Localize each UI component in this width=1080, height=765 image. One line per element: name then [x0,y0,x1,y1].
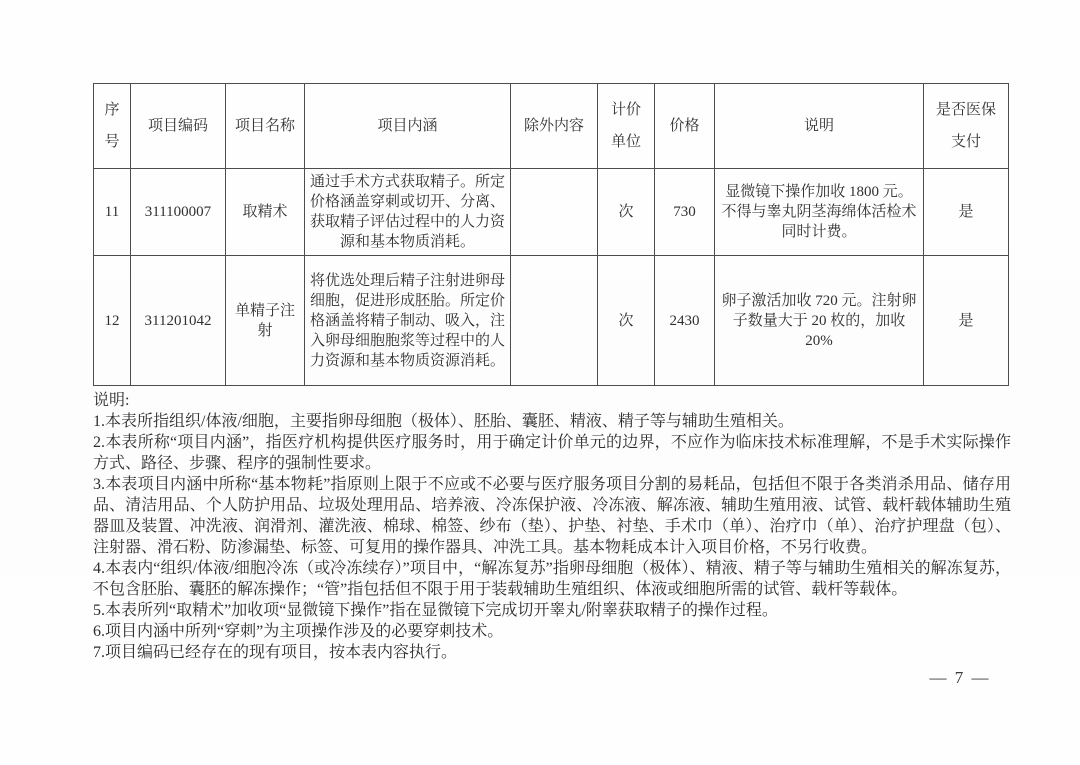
notes-title: 说明: [93,390,1011,411]
col-header-seq-line2: 号 [99,126,125,158]
col-header-name: 项目名称 [226,84,305,169]
col-header-exclusion-line1: 除外内容 [516,110,592,142]
col-header-insurance: 是否医保 支付 [924,84,1009,169]
cell-unit: 次 [598,169,655,256]
cell-insurance: 是 [924,256,1009,386]
col-header-seq-line1: 序 [99,94,125,126]
cell-seq: 12 [94,256,131,386]
col-header-seq: 序 号 [94,84,131,169]
col-header-note-line1: 说明 [720,110,918,142]
cell-code: 311201042 [131,256,226,386]
col-header-unit: 计价 单位 [598,84,655,169]
note-item-4: 4.本表内“组织/体液/细胞冷冻（或冷冻续存）”项目中，“解冻复苏”指卵母细胞（… [93,558,1011,600]
col-header-content-line1: 项目内涵 [310,110,505,142]
table-header-row: 序 号 项目编码 项目名称 项目内涵 除外内容 计价 单位 [94,84,1009,169]
note-item-5: 5.本表所列“取精术”加收项“显微镜下操作”指在显微镜下完成切开睾丸/附睾获取精… [93,600,1011,621]
cell-insurance: 是 [924,169,1009,256]
page-number: — 7 — [905,668,1015,688]
note-item-1: 1.本表所指组织/体液/细胞，主要指卵母细胞（极体）、胚胎、囊胚、精液、精子等与… [93,411,1011,432]
col-header-unit-line1: 计价 [603,94,649,126]
cell-unit: 次 [598,256,655,386]
cell-note: 卵子激活加收 720 元。注射卵子数量大于 20 枚的，加收 20% [715,256,924,386]
col-header-unit-line2: 单位 [603,126,649,158]
col-header-price: 价格 [655,84,715,169]
cell-code: 311100007 [131,169,226,256]
cell-price: 730 [655,169,715,256]
col-header-code: 项目编码 [131,84,226,169]
cell-name: 取精术 [226,169,305,256]
col-header-price-line1: 价格 [660,110,709,142]
cell-price: 2430 [655,256,715,386]
col-header-exclusion: 除外内容 [511,84,598,169]
col-header-content: 项目内涵 [305,84,511,169]
table-row-12: 12 311201042 单精子注射 将优选处理后精子注射进卵母细胞，促进形成胚… [94,256,1009,386]
medical-pricing-table: 序 号 项目编码 项目名称 项目内涵 除外内容 计价 单位 [93,83,1009,386]
table-row-11: 11 311100007 取精术 通过手术方式获取精子。所定价格涵盖穿刺或切开、… [94,169,1009,256]
cell-note: 显微镜下操作加收 1800 元。不得与睾丸阴茎海绵体活检术同时计费。 [715,169,924,256]
cell-exclusion [511,256,598,386]
col-header-insurance-line1: 是否医保 [929,94,1003,126]
document-page: 序 号 项目编码 项目名称 项目内涵 除外内容 计价 单位 [0,0,1080,765]
col-header-note: 说明 [715,84,924,169]
col-header-name-line1: 项目名称 [231,110,299,142]
cell-exclusion [511,169,598,256]
notes-section: 说明: 1.本表所指组织/体液/细胞，主要指卵母细胞（极体）、胚胎、囊胚、精液、… [93,390,1011,663]
cell-name: 单精子注射 [226,256,305,386]
note-item-7: 7.项目编码已经存在的现有项目，按本表内容执行。 [93,642,1011,663]
cell-content: 通过手术方式获取精子。所定价格涵盖穿刺或切开、分离、获取精子评估过程中的人力资源… [305,169,511,256]
cell-seq: 11 [94,169,131,256]
note-item-2: 2.本表所称“项目内涵”，指医疗机构提供医疗服务时，用于确定计价单元的边界，不应… [93,432,1011,474]
note-item-6: 6.项目内涵中所列“穿刺”为主项操作涉及的必要穿刺技术。 [93,621,1011,642]
col-header-insurance-line2: 支付 [929,126,1003,158]
note-item-3: 3.本表项目内涵中所称“基本物耗”指原则上限于不应或不必要与医疗服务项目分割的易… [93,474,1011,558]
cell-content: 将优选处理后精子注射进卵母细胞，促进形成胚胎。所定价格涵盖将精子制动、吸入，注入… [305,256,511,386]
col-header-code-line1: 项目编码 [136,110,220,142]
